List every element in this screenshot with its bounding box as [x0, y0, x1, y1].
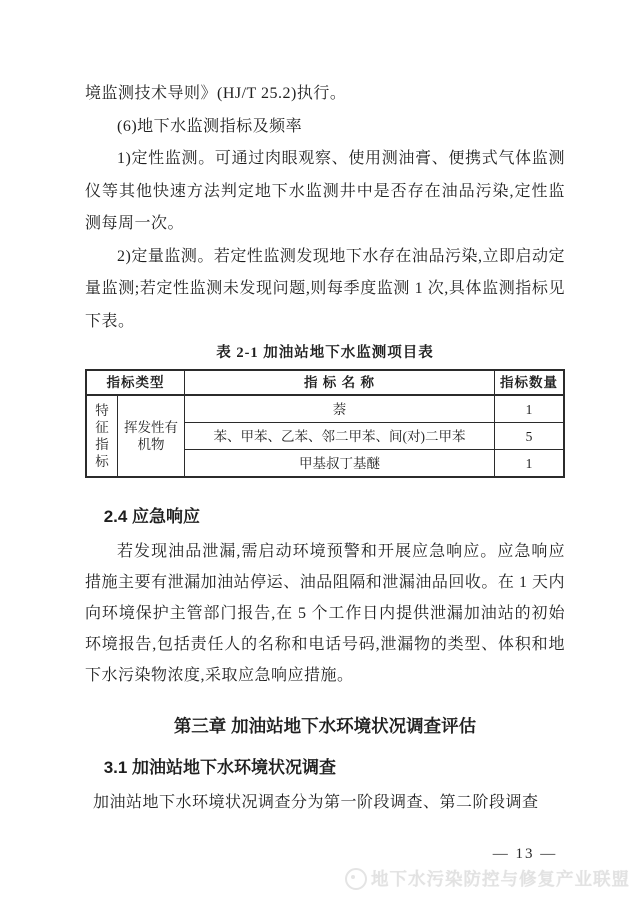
paragraph-continuation: 境监测技术导则》(HJ/T 25.2)执行。 — [85, 78, 565, 111]
watermark-logo-icon — [345, 868, 367, 890]
header-indicator-type: 指标类型 — [86, 370, 185, 395]
watermark-text: 地下水污染防控与修复产业联盟 — [371, 866, 630, 891]
cell-row-group-label: 特征指标 — [86, 395, 118, 477]
paragraph-investigation-intro: 加油站地下水环境状况调查分为第一阶段调查、第二阶段调查 — [85, 787, 565, 820]
document-page: 境监测技术导则》(HJ/T 25.2)执行。 (6)地下水监测指标及频率 1)定… — [0, 0, 640, 905]
page-content: 境监测技术导则》(HJ/T 25.2)执行。 (6)地下水监测指标及频率 1)定… — [85, 78, 565, 820]
paragraph-list-heading: (6)地下水监测指标及频率 — [85, 111, 565, 144]
paragraph-qualitative-monitoring: 1)定性监测。可通过肉眼观察、使用测油膏、便携式气体监测仪等其他快速方法判定地下… — [85, 143, 565, 241]
cell-category-label: 挥发性有机物 — [118, 395, 185, 477]
cell-indicator-count: 1 — [495, 395, 565, 423]
section-heading-3-1: 3.1 加油站地下水环境状况调查 — [85, 755, 565, 781]
section-heading-2-4: 2.4 应急响应 — [85, 504, 565, 530]
table-row: 特征指标 挥发性有机物 萘 1 — [86, 395, 564, 423]
table-header: 指标类型 指 标 名 称 指标数量 — [86, 370, 564, 395]
paragraph-emergency-response: 若发现油品泄漏,需启动环境预警和开展应急响应。应急响应措施主要有泄漏加油站停运、… — [85, 536, 565, 691]
page-number: — 13 — — [470, 846, 580, 863]
cell-indicator-count: 5 — [495, 423, 565, 450]
header-indicator-name: 指 标 名 称 — [185, 370, 495, 395]
watermark: 地下水污染防控与修复产业联盟 — [345, 866, 630, 891]
paragraph-quantitative-monitoring: 2)定量监测。若定性监测发现地下水存在油品污染,立即启动定量监测;若定性监测未发… — [85, 241, 565, 339]
table-body: 特征指标 挥发性有机物 萘 1 苯、甲苯、乙苯、邻二甲苯、间(对)二甲苯 5 甲… — [86, 395, 564, 477]
table-caption: 表 2-1 加油站地下水监测项目表 — [85, 341, 565, 365]
header-indicator-count: 指标数量 — [495, 370, 565, 395]
cell-indicator-name: 苯、甲苯、乙苯、邻二甲苯、间(对)二甲苯 — [185, 423, 495, 450]
chapter-heading-3: 第三章 加油站地下水环境状况调查评估 — [85, 712, 565, 740]
table-header-row: 指标类型 指 标 名 称 指标数量 — [86, 370, 564, 395]
cell-indicator-name: 甲基叔丁基醚 — [185, 450, 495, 478]
cell-indicator-count: 1 — [495, 450, 565, 478]
monitoring-items-table: 指标类型 指 标 名 称 指标数量 特征指标 挥发性有机物 萘 1 苯、甲苯、乙… — [85, 369, 565, 478]
cell-indicator-name: 萘 — [185, 395, 495, 423]
